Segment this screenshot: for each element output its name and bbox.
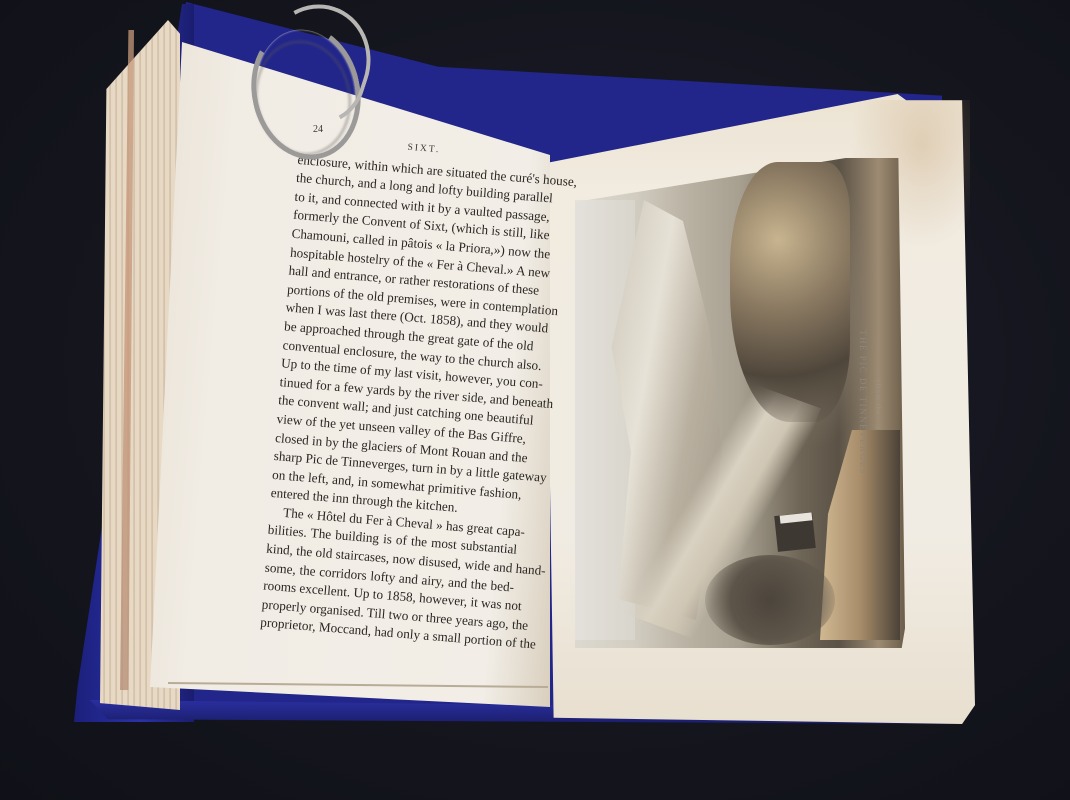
plate-subcaption: (from the ...) (874, 380, 882, 430)
plate-caption: THE PIC DE TINNEVERGES (858, 330, 868, 475)
plate-trees-bottom (705, 555, 835, 645)
plate-trees-top (730, 162, 850, 422)
page-text: SIXT. enclosure, within which are situat… (260, 130, 550, 652)
